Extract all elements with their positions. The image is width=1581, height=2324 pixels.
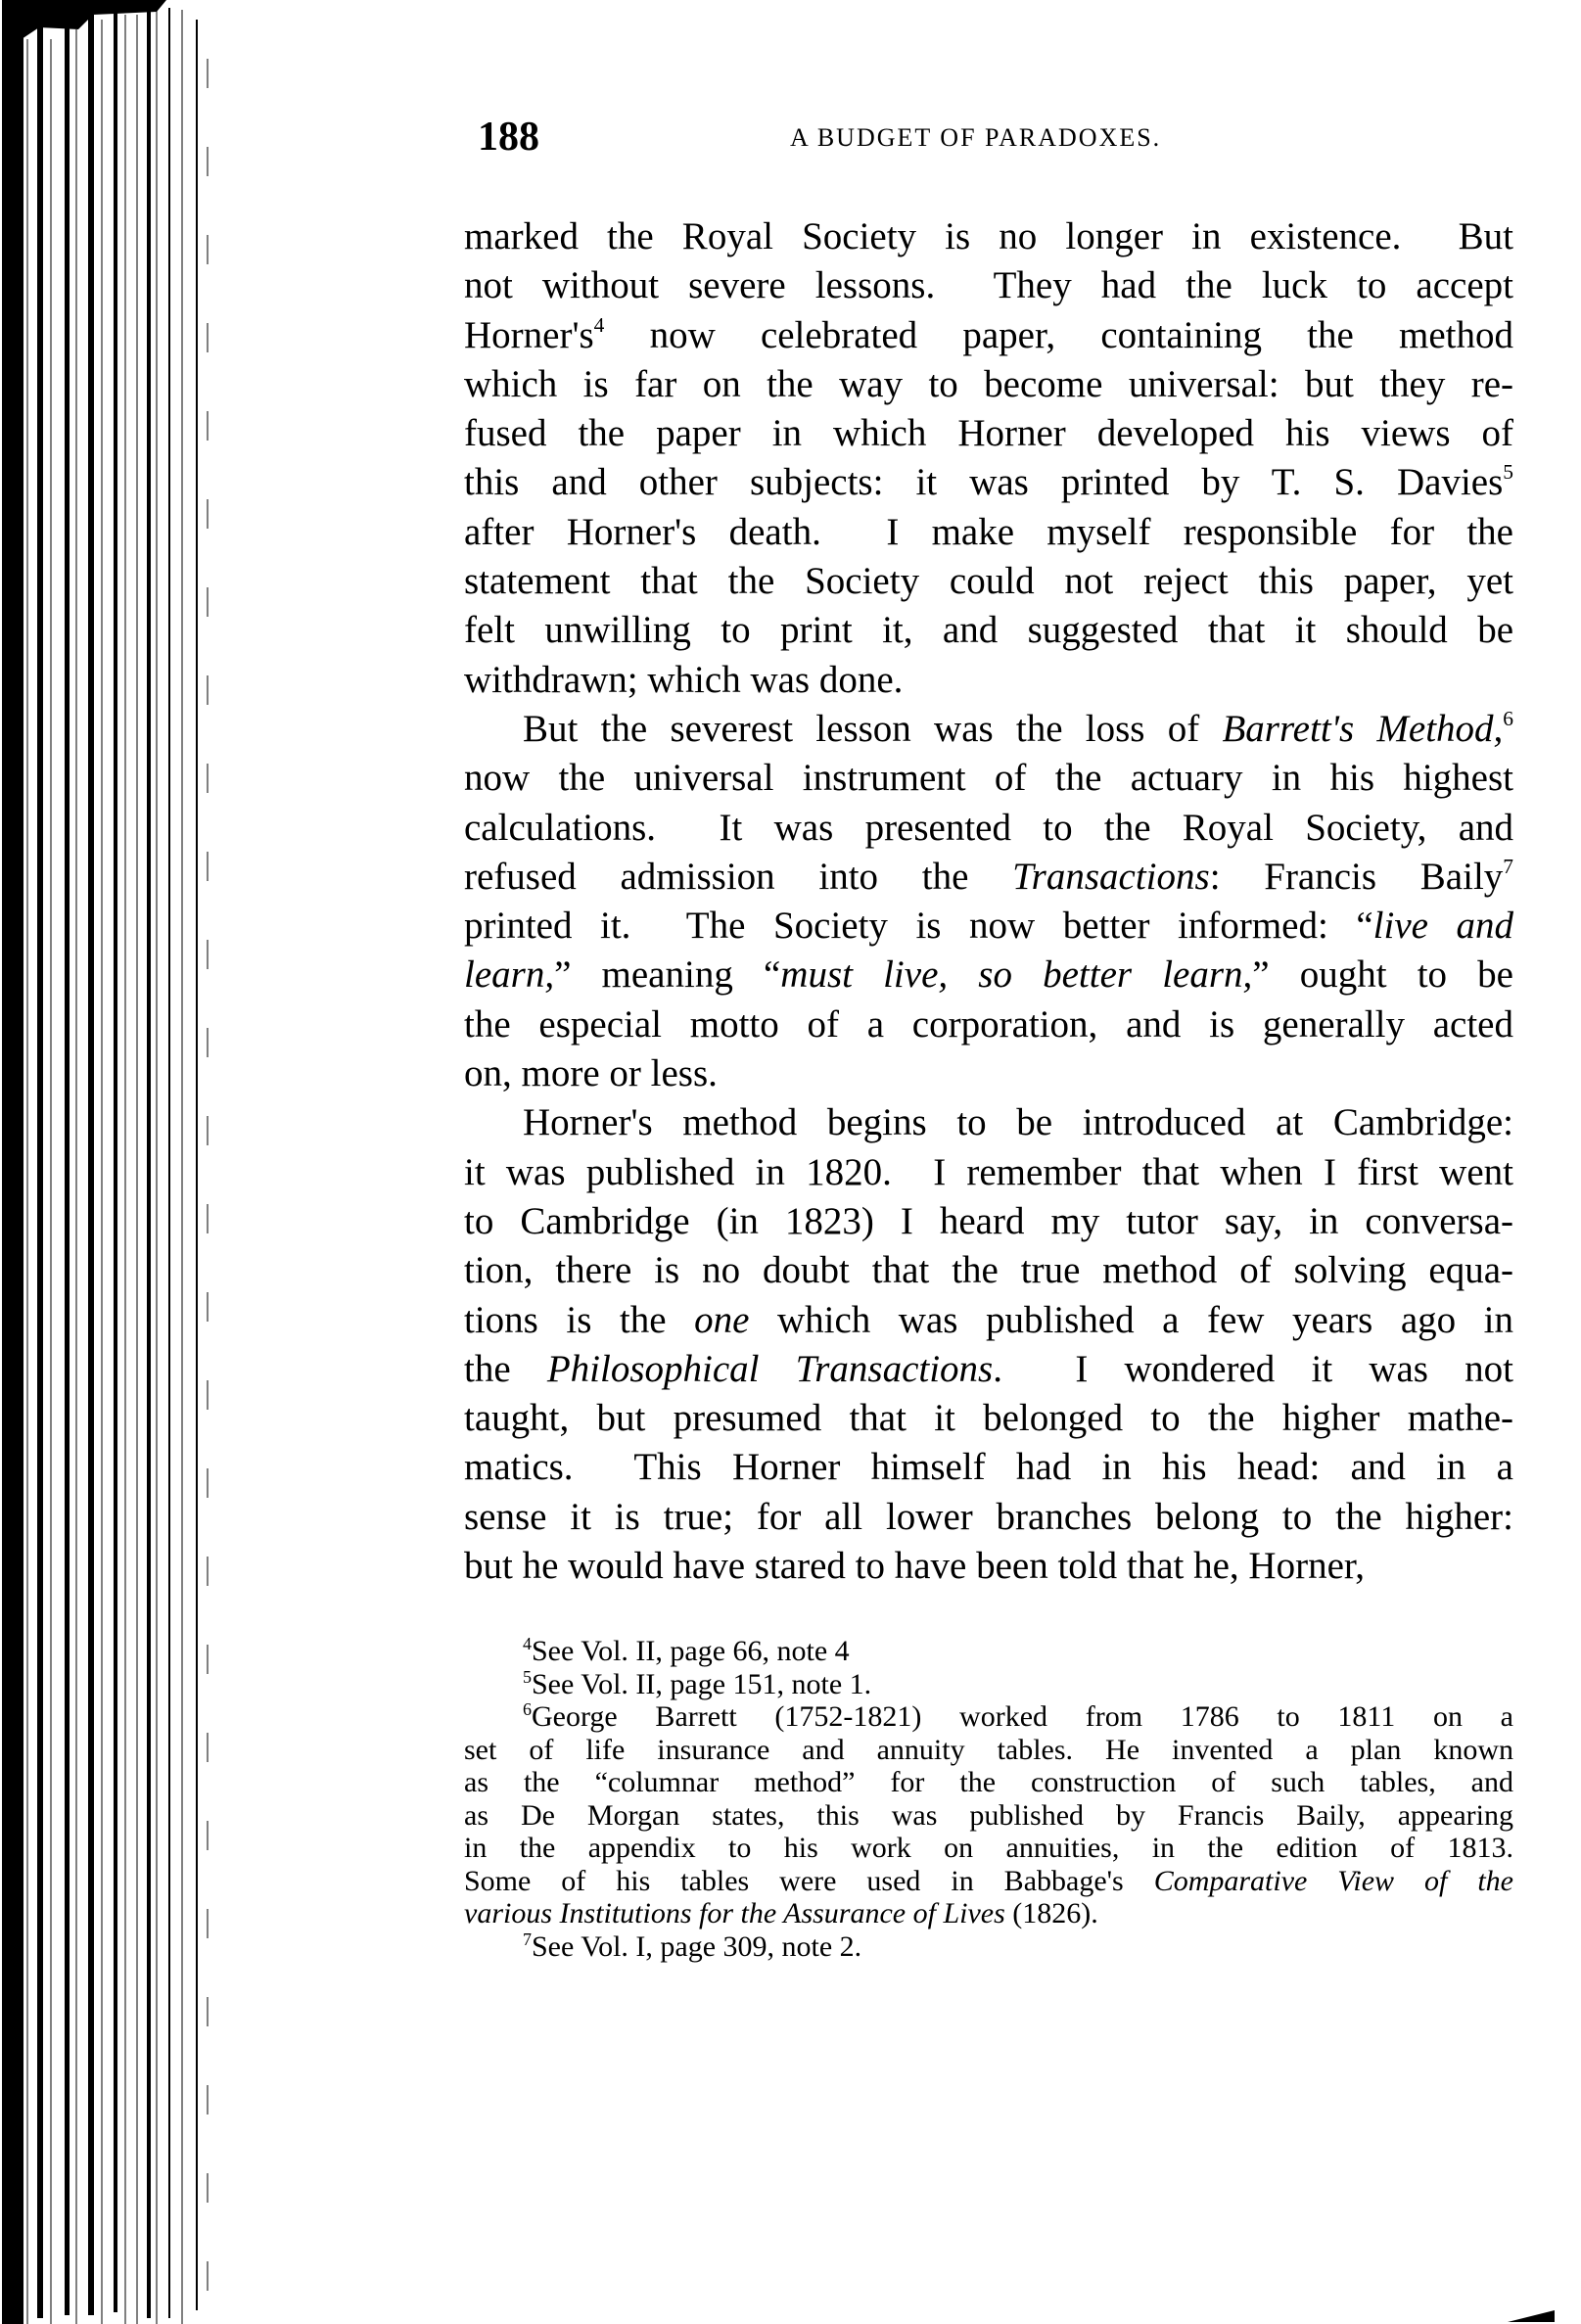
footnote-reference: 6 xyxy=(1503,707,1513,730)
footnote-5: 5See Vol. II, page 151, note 1. xyxy=(464,1668,1513,1701)
text-run: marked the Royal Society is no longer in… xyxy=(464,215,1513,257)
footnote-line: 5See Vol. II, page 151, note 1. xyxy=(464,1668,1513,1701)
text-run: ” meaning “ xyxy=(554,953,780,996)
text-line: the Philosophical Transactions. I wonder… xyxy=(464,1345,1513,1394)
text-line: But the severest lesson was the loss of … xyxy=(464,705,1513,754)
text-run: Horner's method begins to be introduced … xyxy=(523,1101,1513,1143)
footnote-line: as De Morgan states, this was published … xyxy=(464,1799,1513,1833)
book-spine-edge xyxy=(0,0,225,2324)
text-run: as the “columnar method” for the constru… xyxy=(464,1766,1513,1798)
page-corner-mark xyxy=(1508,2310,1555,2322)
text-run: withdrawn; which was done. xyxy=(464,659,903,701)
text-run: Some of his tables were used in Babbage'… xyxy=(464,1865,1154,1897)
text-run: the especial motto of a corporation, and… xyxy=(464,1003,1513,1046)
text-run: printed it. The Society is now better in… xyxy=(464,905,1373,947)
text-run: the xyxy=(464,1348,547,1390)
italic-text-run: Philosophical Transactions xyxy=(547,1348,993,1390)
text-run: now celebrated paper, containing the met… xyxy=(604,314,1513,356)
text-run: but he would have stared to have been to… xyxy=(464,1545,1365,1587)
text-run: set of life insurance and annuity tables… xyxy=(464,1734,1513,1766)
italic-text-run: learn, xyxy=(464,953,554,996)
footnote-line: set of life insurance and annuity tables… xyxy=(464,1734,1513,1767)
footnote-line: as the “columnar method” for the constru… xyxy=(464,1766,1513,1799)
text-line: fused the paper in which Horner develope… xyxy=(464,409,1513,458)
text-run: : Francis Baily xyxy=(1210,856,1504,898)
text-run: (1826). xyxy=(1005,1897,1098,1929)
footnote-marker: 6 xyxy=(523,1699,532,1719)
text-run: refused admission into the xyxy=(464,856,1012,898)
paragraph: marked the Royal Society is no longer in… xyxy=(464,212,1513,705)
text-run: sense it is true; for all lower branches… xyxy=(464,1496,1513,1538)
page-header: 188 A Budget of Paradoxes. xyxy=(478,116,1515,159)
text-run: in the appendix to his work on annuities… xyxy=(464,1832,1513,1864)
footnote-line: 7See Vol. I, page 309, note 2. xyxy=(464,1930,1513,1964)
text-run: on, more or less. xyxy=(464,1052,718,1094)
text-line: marked the Royal Society is no longer in… xyxy=(464,212,1513,261)
text-line: Horner's method begins to be introduced … xyxy=(464,1098,1513,1147)
text-run: now the universal instrument of the actu… xyxy=(464,757,1513,799)
text-line: refused admission into the Transactions:… xyxy=(464,853,1513,902)
italic-text-run: live and xyxy=(1373,905,1513,947)
text-run: taught, but presumed that it belonged to… xyxy=(464,1397,1513,1439)
text-run: ” ought to be xyxy=(1252,953,1513,996)
footnote-line: 4See Vol. II, page 66, note 4 xyxy=(464,1635,1513,1668)
italic-text-run: Transactions xyxy=(1012,856,1210,898)
text-run: George Barrett (1752-1821) worked from 1… xyxy=(532,1700,1513,1733)
text-run: after Horner's death. I make myself resp… xyxy=(464,511,1513,553)
footnote-7: 7See Vol. I, page 309, note 2. xyxy=(464,1930,1513,1964)
text-line: sense it is true; for all lower branches… xyxy=(464,1493,1513,1542)
running-head: A Budget of Paradoxes. xyxy=(790,123,1161,153)
text-run: not without severe lessons. They had the… xyxy=(464,264,1513,306)
page-number: 188 xyxy=(478,116,539,159)
text-run: tion, there is no doubt that the true me… xyxy=(464,1249,1513,1291)
footnote-6: 6George Barrett (1752-1821) worked from … xyxy=(464,1700,1513,1930)
text-run: See Vol. II, page 66, note 4 xyxy=(532,1635,850,1667)
text-line: after Horner's death. I make myself resp… xyxy=(464,508,1513,557)
footnote-marker: 4 xyxy=(523,1634,532,1653)
text-run: which is far on the way to become univer… xyxy=(464,363,1513,405)
text-run: See Vol. II, page 151, note 1. xyxy=(532,1668,871,1700)
text-line: tion, there is no doubt that the true me… xyxy=(464,1246,1513,1295)
text-run: matics. This Horner himself had in his h… xyxy=(464,1446,1513,1488)
text-line: felt unwilling to print it, and suggeste… xyxy=(464,606,1513,655)
text-run: which was published a few years ago in xyxy=(749,1299,1513,1341)
text-line: but he would have stared to have been to… xyxy=(464,1542,1513,1591)
footnote-line: Some of his tables were used in Babbage'… xyxy=(464,1865,1513,1898)
body-text: marked the Royal Society is no longer in… xyxy=(464,212,1513,1591)
text-run: calculations. It was presented to the Ro… xyxy=(464,807,1513,849)
footnotes: 4See Vol. II, page 66, note 45See Vol. I… xyxy=(464,1635,1513,1963)
footnote-reference: 5 xyxy=(1503,460,1513,484)
text-line: this and other subjects: it was printed … xyxy=(464,458,1513,507)
text-line: now the universal instrument of the actu… xyxy=(464,754,1513,803)
footnote-line: in the appendix to his work on annuities… xyxy=(464,1832,1513,1865)
text-run: . I wondered it was not xyxy=(993,1348,1513,1390)
text-run: See Vol. I, page 309, note 2. xyxy=(532,1930,861,1963)
text-run: But the severest lesson was the loss of xyxy=(523,708,1222,750)
footnote-reference: 7 xyxy=(1503,855,1513,878)
paragraph: But the severest lesson was the loss of … xyxy=(464,705,1513,1098)
text-run: Horner's xyxy=(464,314,594,356)
text-line: to Cambridge (in 1823) I heard my tutor … xyxy=(464,1197,1513,1246)
text-line: statement that the Society could not rej… xyxy=(464,557,1513,606)
text-run: as De Morgan states, this was published … xyxy=(464,1799,1513,1832)
paragraph: Horner's method begins to be introduced … xyxy=(464,1098,1513,1591)
text-line: withdrawn; which was done. xyxy=(464,656,1513,705)
italic-text-run: must live, so better learn, xyxy=(780,953,1252,996)
footnote-marker: 7 xyxy=(523,1929,532,1949)
text-line: matics. This Horner himself had in his h… xyxy=(464,1443,1513,1492)
text-line: learn,” meaning “must live, so better le… xyxy=(464,951,1513,999)
text-run: statement that the Society could not rej… xyxy=(464,560,1513,602)
text-run: tions is the xyxy=(464,1299,694,1341)
italic-text-run: one xyxy=(694,1299,749,1341)
footnote-line: various Institutions for the Assurance o… xyxy=(464,1897,1513,1930)
footnote-4: 4See Vol. II, page 66, note 4 xyxy=(464,1635,1513,1668)
text-line: it was published in 1820. I remember tha… xyxy=(464,1148,1513,1197)
text-line: not without severe lessons. They had the… xyxy=(464,261,1513,310)
text-run: fused the paper in which Horner develope… xyxy=(464,412,1513,454)
footnote-marker: 5 xyxy=(523,1667,532,1687)
text-run: felt unwilling to print it, and suggeste… xyxy=(464,609,1513,651)
text-line: on, more or less. xyxy=(464,1049,1513,1098)
italic-text-run: various Institutions for the Assurance o… xyxy=(464,1897,1005,1929)
footnote-reference: 4 xyxy=(594,313,605,337)
text-line: Horner's4 now celebrated paper, containi… xyxy=(464,311,1513,360)
footnote-line: 6George Barrett (1752-1821) worked from … xyxy=(464,1700,1513,1734)
text-line: printed it. The Society is now better in… xyxy=(464,902,1513,951)
text-line: the especial motto of a corporation, and… xyxy=(464,1000,1513,1049)
text-line: taught, but presumed that it belonged to… xyxy=(464,1394,1513,1443)
italic-text-run: Barrett's Method, xyxy=(1222,708,1503,750)
text-run: it was published in 1820. I remember tha… xyxy=(464,1151,1513,1193)
text-line: which is far on the way to become univer… xyxy=(464,360,1513,409)
text-run: to Cambridge (in 1823) I heard my tutor … xyxy=(464,1200,1513,1242)
text-line: tions is the one which was published a f… xyxy=(464,1296,1513,1345)
text-run: this and other subjects: it was printed … xyxy=(464,461,1503,503)
italic-text-run: Comparative View of the xyxy=(1154,1865,1513,1897)
text-line: calculations. It was presented to the Ro… xyxy=(464,804,1513,853)
